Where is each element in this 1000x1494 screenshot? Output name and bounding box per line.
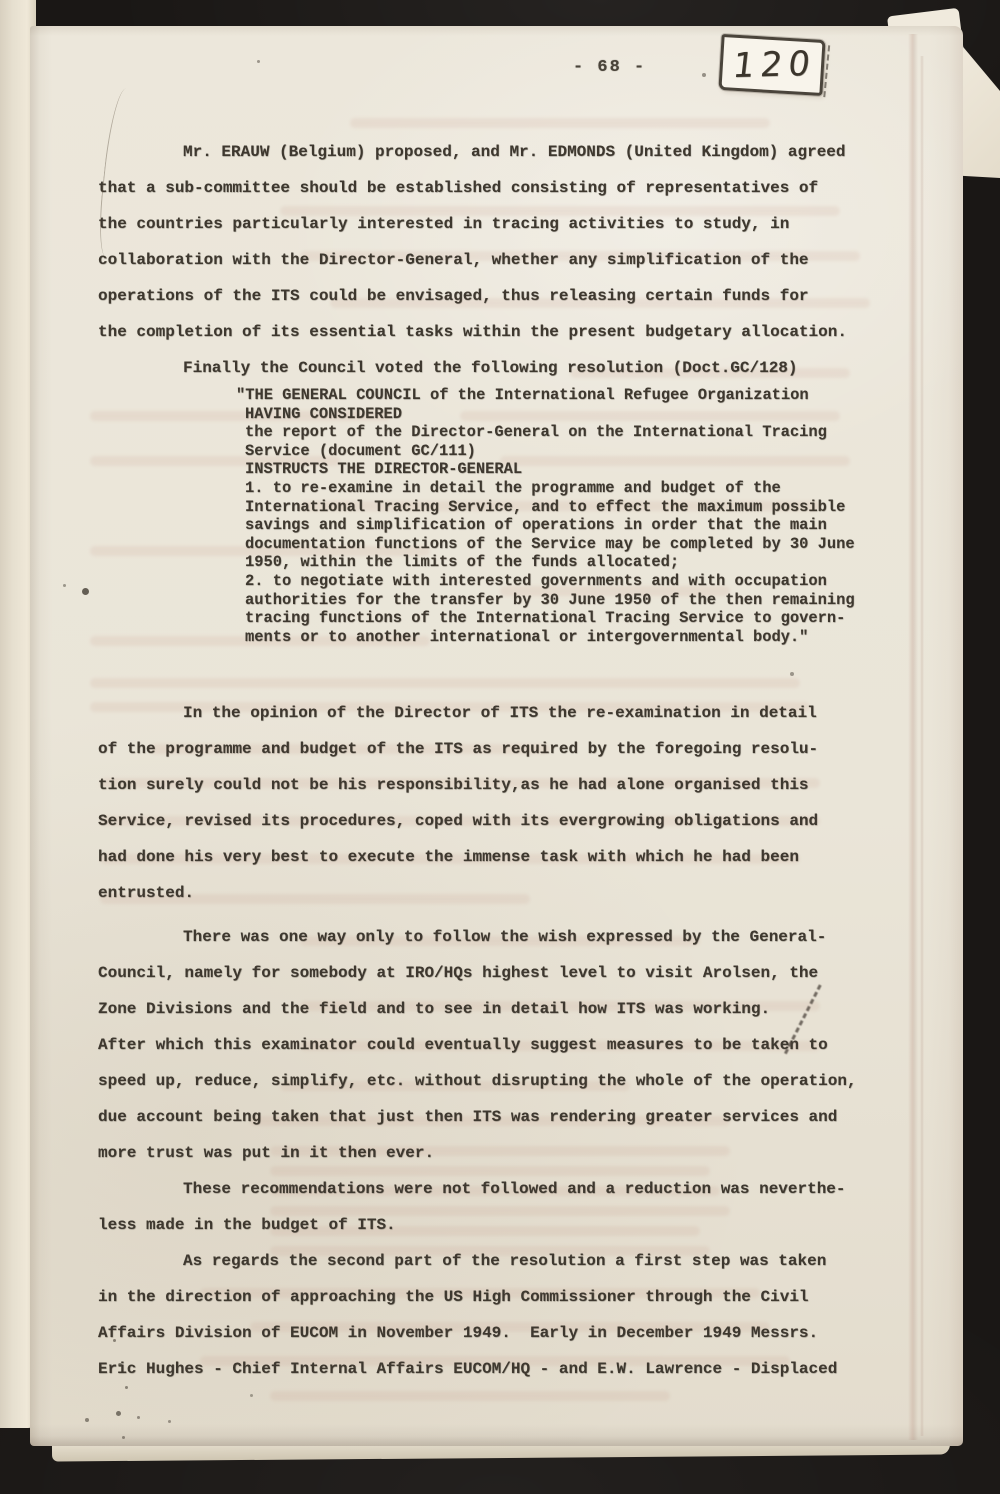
text-line: less made in the budget of ITS. <box>98 1207 898 1243</box>
text-line: Eric Hughes - Chief Internal Affairs EUC… <box>98 1351 898 1387</box>
page-number: - 68 - <box>573 58 646 77</box>
text-line: authorities for the transfer by 30 June … <box>245 591 898 610</box>
text-line: 1950, within the limits of the funds all… <box>245 553 898 572</box>
paragraph: Mr. ERAUW (Belgium) proposed, and Mr. ED… <box>98 134 898 350</box>
text-line: tion surely could not be his responsibil… <box>98 767 898 803</box>
text-line: 1. to re-examine in detail the programme… <box>245 479 898 498</box>
text-line: the countries particularly interested in… <box>98 206 898 242</box>
ink-speck <box>257 60 260 63</box>
text-line: As regards the second part of the resolu… <box>98 1243 898 1279</box>
ink-speck <box>250 1394 253 1397</box>
document-body: Mr. ERAUW (Belgium) proposed, and Mr. ED… <box>98 134 898 1387</box>
ink-speck <box>82 588 89 595</box>
text-line: Affairs Division of EUCOM in November 19… <box>98 1315 898 1351</box>
archival-stamp: 120 <box>718 34 825 96</box>
stamp-number: 120 <box>726 44 817 87</box>
ink-speck <box>63 584 66 587</box>
text-line: ments or to another international or int… <box>245 628 898 647</box>
text-line: had done his very best to execute the im… <box>98 839 898 875</box>
text-line: in the direction of approaching the US H… <box>98 1279 898 1315</box>
text-line: the completion of its essential tasks wi… <box>98 314 898 350</box>
bleedthrough-mark <box>270 1391 670 1401</box>
text-line: documentation functions of the Service m… <box>245 535 898 554</box>
text-line: HAVING CONSIDERED <box>245 405 898 424</box>
text-line: collaboration with the Director-General,… <box>98 242 898 278</box>
text-line: due account being taken that just then I… <box>98 1099 898 1135</box>
page-crease-2 <box>920 56 924 1436</box>
text-line: that a sub-committee should be establish… <box>98 170 898 206</box>
text-line: speed up, reduce, simplify, etc. without… <box>98 1063 898 1099</box>
text-line: There was one way only to follow the wis… <box>98 919 898 955</box>
ink-speck <box>122 1436 125 1439</box>
text-line: INSTRUCTS THE DIRECTOR-GENERAL <box>245 460 898 479</box>
scanned-document-photo: - 68 - 120 Mr. ERAUW (Belgium) proposed,… <box>0 0 1000 1494</box>
ink-speck <box>116 1411 121 1416</box>
text-line: After which this examinator could eventu… <box>98 1027 898 1063</box>
text-line: tracing functions of the International T… <box>245 609 898 628</box>
text-line: Council, namely for somebody at IRO/HQs … <box>98 955 898 991</box>
ink-speck <box>125 1386 128 1389</box>
resolution-quote: "THE GENERAL COUNCIL of the Internationa… <box>98 386 898 646</box>
text-line: "THE GENERAL COUNCIL of the Internationa… <box>245 386 898 405</box>
text-line: Zone Divisions and the field and to see … <box>98 991 898 1027</box>
bleedthrough-mark <box>350 118 770 128</box>
ink-speck <box>118 1363 122 1367</box>
paragraph: As regards the second part of the resolu… <box>98 1243 898 1387</box>
ink-speck <box>113 1339 116 1342</box>
ink-speck <box>168 1420 171 1423</box>
text-line: operations of the ITS could be envisaged… <box>98 278 898 314</box>
text-line: Service (document GC/111) <box>245 442 898 461</box>
ink-speck <box>702 73 706 77</box>
text-line: 2. to negotiate with interested governme… <box>245 572 898 591</box>
text-line: Service, revised its procedures, coped w… <box>98 803 898 839</box>
text-line: the report of the Director-General on th… <box>245 423 898 442</box>
text-line: These recommendations were not followed … <box>98 1171 898 1207</box>
text-line: more trust was put in it then ever. <box>98 1135 898 1171</box>
paragraph: Finally the Council voted the following … <box>98 350 898 386</box>
text-line: International Tracing Service, and to ef… <box>245 498 898 517</box>
paragraph: In the opinion of the Director of ITS th… <box>98 695 898 911</box>
text-line: In the opinion of the Director of ITS th… <box>98 695 898 731</box>
text-line: Finally the Council voted the following … <box>98 350 898 386</box>
ink-speck <box>137 1416 140 1419</box>
document-page: - 68 - 120 Mr. ERAUW (Belgium) proposed,… <box>30 26 963 1446</box>
page-crease <box>908 34 918 1440</box>
text-line: savings and simplification of operations… <box>245 516 898 535</box>
paragraph: These recommendations were not followed … <box>98 1171 898 1243</box>
ink-speck <box>85 1418 89 1422</box>
paragraph: There was one way only to follow the wis… <box>98 919 898 1171</box>
text-line: Mr. ERAUW (Belgium) proposed, and Mr. ED… <box>98 134 898 170</box>
ink-speck <box>790 672 794 676</box>
text-line: entrusted. <box>98 875 898 911</box>
text-line: of the programme and budget of the ITS a… <box>98 731 898 767</box>
